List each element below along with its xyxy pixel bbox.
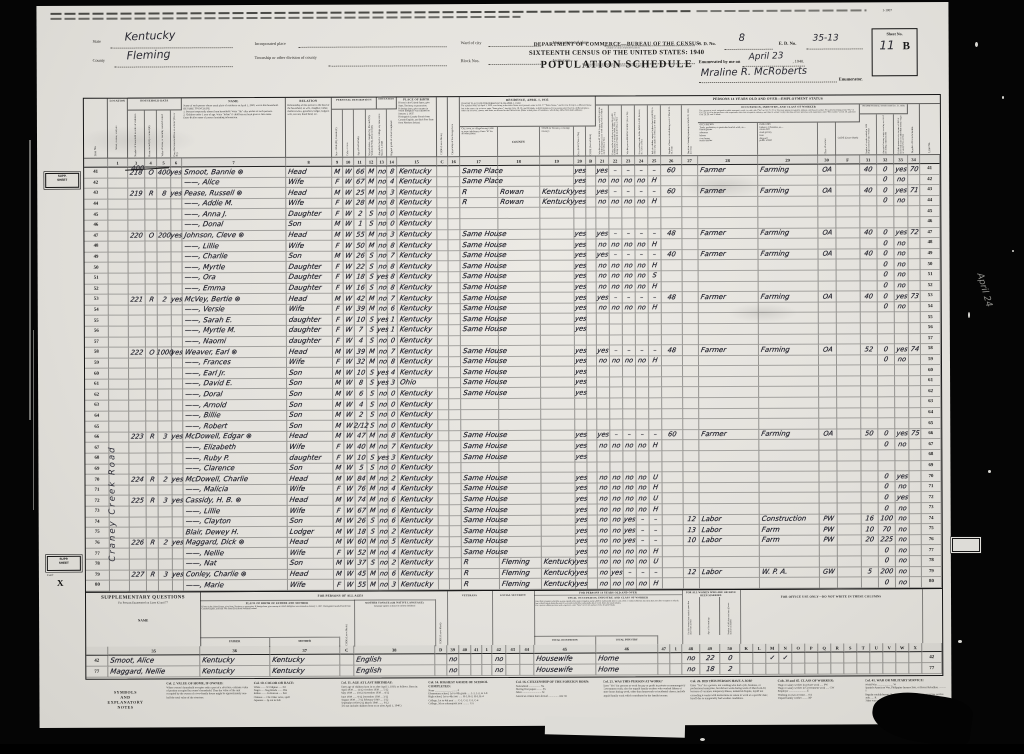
cell-mar: S (367, 400, 378, 411)
cell-occ (699, 303, 759, 314)
cell-res1: Same House (462, 516, 500, 527)
cell-cit (450, 548, 462, 559)
cell-name: McVey, Bertie ⊗ (183, 294, 287, 305)
cell-rel: Head (288, 537, 334, 548)
cell-code1 (437, 166, 448, 177)
cell-e4 (636, 398, 649, 409)
cell-grd: 4 (389, 484, 399, 495)
cell-bpl: Kentucky (397, 198, 437, 209)
cell-v3 (471, 665, 482, 676)
cell-res3: Kentucky (540, 197, 574, 208)
cell-code1 (439, 548, 450, 559)
cell-occ (699, 408, 759, 419)
form-code: 1-1007 (882, 8, 892, 12)
cell-race: W (344, 431, 355, 442)
cell-res3 (542, 536, 576, 547)
colnum-oW: W (896, 643, 909, 652)
cell-occ (699, 260, 759, 271)
cell-cit (449, 357, 461, 368)
cell-sch: no (377, 177, 387, 188)
cell-farm (173, 517, 184, 528)
cell-res1: Same House (462, 505, 500, 516)
cell-res4: yes (576, 558, 588, 569)
footnote-title: Col. 14. HIGHEST GRADE OF SCHOOL COMPLET… (428, 680, 510, 688)
cell-hrs (663, 557, 684, 568)
cell-sex: F (332, 177, 343, 188)
cell-oi: no (896, 577, 910, 588)
cell-oM: ✓ (766, 653, 779, 664)
cell-e1: no (598, 557, 611, 568)
cell-ln: 77 (86, 667, 108, 678)
cell-grd: 7 (388, 294, 398, 305)
footnote-block: Cols. 30 and 45. CLASS OF WORKER:Wage or… (778, 678, 860, 707)
cell-e2 (609, 208, 622, 219)
cell-hrs (663, 483, 684, 494)
cell-res3 (541, 325, 575, 336)
cell-e3: no (624, 483, 637, 494)
cell-res2 (499, 346, 541, 357)
cell-e5: H (648, 197, 661, 208)
cell-wks (861, 313, 878, 324)
cell-oi: no (895, 260, 909, 271)
cell-hrs (662, 441, 683, 452)
cell-race: W (343, 209, 354, 220)
cell-sex: F (333, 262, 344, 273)
cell-val (158, 284, 172, 295)
cell-farm (172, 443, 183, 454)
cell-own (147, 581, 159, 592)
cell-mar: S (367, 336, 378, 347)
cell-cit (450, 558, 462, 569)
cell-age: 10 (355, 315, 367, 326)
cell-wage: 0 (877, 196, 894, 207)
cell-rln: 75 (922, 524, 942, 535)
sheet-number: 11 (879, 38, 894, 52)
cell-occ (699, 398, 759, 409)
cell-wks (861, 440, 878, 451)
cell-res4: yes (575, 272, 587, 283)
cell-bpl: Kentucky (398, 420, 438, 431)
cell-e2: no (609, 176, 622, 187)
cell-cit (449, 272, 461, 283)
cell-val (159, 581, 173, 592)
cell-e5: – (648, 186, 661, 197)
cell-res2: Rowan (498, 187, 540, 198)
cell-sch: no (379, 580, 389, 591)
cell-cit (448, 177, 460, 188)
cell-sch: no (379, 495, 389, 506)
cell-res2: Fleming (500, 568, 542, 579)
colnum-rln (920, 155, 940, 164)
cell-ind (759, 355, 819, 366)
cell-hrs (663, 578, 684, 589)
cell-res4: yes (574, 187, 586, 198)
cell-rln: 53 (921, 291, 941, 302)
cell-rel: Wife (286, 241, 332, 252)
col-header-citizenship: Citizenship of the foreign born (448, 97, 460, 157)
cell-wks: 5 (862, 567, 879, 578)
cell-mar: M (367, 294, 378, 305)
cell-name: Smoot, Bannie ⊗ (182, 167, 286, 178)
col-header-personal-description: PERSONAL DESCRIPTION (332, 98, 377, 110)
cell-dur (683, 409, 699, 420)
cell-rln: 69 (921, 461, 941, 472)
cell-s1: no (492, 665, 506, 676)
cell-rln: 50 (921, 259, 941, 270)
cell-farm: yes (171, 231, 182, 242)
cell-rln: 70 (921, 471, 941, 482)
cell-cls: OA (819, 292, 837, 303)
cell-code3 (837, 440, 861, 451)
cell-code2 (587, 261, 597, 272)
cell-fsch (910, 524, 922, 535)
cell-c47 (658, 664, 670, 675)
cell-fsch (910, 482, 922, 493)
cell-farm (172, 400, 183, 411)
cell-farm: yes (171, 189, 182, 200)
cell-sex: F (334, 580, 345, 591)
cell-hrs (662, 388, 683, 399)
cell-hh (129, 305, 146, 316)
cell-cls (819, 461, 837, 472)
cell-wks: 16 (862, 514, 879, 525)
cell-cit (449, 251, 461, 262)
cell-bpl: Kentucky (399, 516, 439, 527)
cell-hrs (662, 313, 683, 324)
cell-age: 16 (355, 283, 367, 294)
cell-dur (683, 419, 699, 430)
cell-res1: Same House (461, 325, 499, 336)
cell-e3: – (623, 345, 636, 356)
cell-e1 (597, 367, 610, 378)
cell-ind (760, 557, 820, 568)
cell-code3 (836, 239, 860, 250)
colnum-cls: 30 (818, 156, 836, 165)
cell-hh (130, 528, 147, 539)
cell-name: ——, Frances (183, 358, 287, 369)
cell-ln: 67 (85, 443, 109, 454)
cell-code2 (588, 494, 598, 505)
cell-rel: Head (287, 474, 333, 485)
cell-race: W (344, 453, 355, 464)
cell-farm (173, 549, 184, 560)
cell-hh (130, 507, 147, 518)
col-header-location: LOCATION Street, avenue, road, etc. (108, 99, 128, 159)
cell-code2 (587, 430, 597, 441)
cell-res1 (461, 420, 499, 431)
cell-ind (760, 546, 820, 557)
cell-wage: 0 (879, 493, 896, 504)
cell-hrs: 60 (661, 165, 682, 176)
colnum-cit: 16 (448, 157, 460, 166)
cell-cit (449, 336, 461, 347)
ed-label: E. D. No. (779, 41, 797, 46)
cell-farm: yes (172, 432, 183, 443)
cell-res1: R (462, 569, 500, 580)
cell-res4: yes (574, 197, 586, 208)
cell-res3 (542, 547, 576, 558)
cell-val (158, 316, 172, 327)
cell-oi: no (894, 238, 908, 249)
cell-hrs (661, 176, 682, 187)
cell-dur (683, 356, 699, 367)
cell-ind (759, 408, 819, 419)
colnum-v1: 39 (447, 645, 459, 654)
cell-cls (818, 175, 836, 186)
cell-e3: yes (624, 536, 637, 547)
cell-cls (819, 376, 837, 387)
cell-oR (831, 652, 844, 663)
cell-age: 22 (355, 262, 367, 273)
cell-res4 (575, 462, 587, 473)
cell-res2 (499, 356, 541, 367)
cell-e1 (597, 409, 610, 420)
cell-hh (128, 178, 145, 189)
cell-own: R (146, 432, 158, 443)
cell-fsch (908, 249, 920, 260)
enumeration-year: , 1940. (793, 59, 805, 64)
cell-wks: 40 (860, 228, 877, 239)
colnum-race: 10 (343, 158, 354, 167)
cell-dur (683, 366, 699, 377)
cell-oS (844, 652, 857, 663)
cell-oV (883, 663, 896, 674)
cell-cls: GW (820, 567, 838, 578)
footnote-title: Col. 10. COLOR OR RACE: (254, 681, 336, 685)
cell-res4: yes (574, 240, 586, 251)
cell-fsch (909, 323, 921, 334)
cell-hrs (661, 197, 682, 208)
cell-wks (861, 366, 878, 377)
cell-wage: 0 (877, 238, 894, 249)
cell-age: 60 (356, 537, 368, 548)
cell-cls (818, 239, 836, 250)
cell-farm: yes (171, 167, 182, 178)
cell-sex: M (332, 188, 343, 199)
cell-oU (870, 652, 883, 663)
cell-e3 (622, 218, 635, 229)
cell-code3 (837, 313, 861, 324)
cell-ln: 48 (84, 242, 108, 253)
cell-name: Smoot, Alice (108, 655, 200, 666)
cell-race: W (344, 283, 355, 294)
cell-e4 (636, 335, 649, 346)
cell-farm (172, 390, 183, 401)
cell-res4 (574, 219, 586, 230)
cell-wks: 10 (862, 525, 879, 536)
cell-ln: 62 (85, 390, 109, 401)
cell-e1: no (598, 483, 611, 494)
cell-ind (759, 387, 819, 398)
cell-val (158, 453, 172, 464)
cell-own: R (147, 570, 159, 581)
cell-e4: no (637, 504, 650, 515)
cell-ind (758, 207, 818, 218)
cell-dur (683, 430, 699, 441)
cell-e3: – (622, 229, 635, 240)
enumeration-date: April 23 (748, 51, 783, 62)
cell-e3: yes (624, 515, 637, 526)
cell-occ (698, 218, 758, 229)
cell-hrs (663, 536, 684, 547)
cell-grd: 6 (389, 495, 399, 506)
cell-e5: H (649, 441, 662, 452)
cell-age: 1 (354, 220, 366, 231)
cell-code1 (439, 537, 450, 548)
cell-e5: H (650, 504, 663, 515)
cell-v1: no (447, 654, 459, 665)
cell-name: ——, Donal (182, 220, 286, 231)
cell-sch: no (378, 251, 388, 262)
cell-val: 2 (159, 538, 173, 549)
cell-code1 (438, 452, 449, 463)
cell-cls (819, 419, 837, 430)
cell-e1: yes (597, 250, 610, 261)
cell-race: W (345, 559, 356, 570)
colnum-val: 5 (157, 158, 171, 167)
cell-code2 (587, 335, 597, 346)
cell-e5 (649, 388, 662, 399)
cell-rel: Son (288, 516, 334, 527)
cell-cit (450, 569, 462, 580)
cell-bpl: Kentucky (399, 537, 439, 548)
cell-dur (683, 324, 699, 335)
cell-res4: yes (575, 250, 587, 261)
cell-ind (759, 302, 819, 313)
cell-fsch (910, 493, 922, 504)
cell-e5: H (650, 547, 663, 558)
supp-sheet-stamp-right (952, 538, 980, 552)
cell-vc (482, 665, 492, 676)
cell-rln: 49 (920, 249, 940, 260)
cell-occ (698, 197, 758, 208)
cell-val: 2 (158, 295, 172, 306)
cell-rln: 55 (921, 312, 941, 323)
supplementary-header: SUPPLEMENTARY QUESTIONS For Persons Enum… (86, 589, 942, 647)
cell-cit (448, 219, 460, 230)
cell-cit (449, 420, 461, 431)
cell-fsch (909, 387, 921, 398)
cell-hh: 224 (129, 475, 146, 486)
cell-e3 (623, 462, 636, 473)
cell-oi: no (894, 175, 908, 186)
cell-oi (895, 408, 909, 419)
cell-race: W (345, 516, 356, 527)
cell-own (145, 199, 157, 210)
cell-e5 (649, 398, 662, 409)
cell-own (146, 252, 158, 263)
cell-e2: no (610, 271, 623, 282)
cell-ind (758, 196, 818, 207)
cell-ind (759, 376, 819, 387)
cell-race: W (345, 569, 356, 580)
cell-occ: Labor (700, 536, 760, 547)
cell-grd: 0 (388, 421, 398, 432)
cell-age: 76 (356, 484, 368, 495)
cell-res1: Same House (462, 547, 500, 558)
cell-oi: yes (894, 185, 908, 196)
cell-res3 (541, 367, 575, 378)
cell-sch: no (378, 421, 388, 432)
cell-ind: Farming (758, 186, 818, 197)
cell-e2: – (610, 430, 623, 441)
cell-e1: no (598, 494, 611, 505)
cell-sch: no (377, 219, 387, 230)
cell-own (146, 358, 158, 369)
cell-bpl: Kentucky (398, 357, 438, 368)
cell-cls (819, 366, 837, 377)
cell-res1 (460, 208, 498, 219)
cell-wks (862, 577, 879, 588)
cell-name: McDowell, Edgar ⊗ (183, 432, 287, 443)
cell-code2 (588, 558, 598, 569)
cell-code3 (838, 535, 862, 546)
household-subheaders: Number of household in order of visitati… (128, 110, 182, 158)
cell-code2 (587, 314, 597, 325)
cell-res2 (499, 431, 541, 442)
cell-sch: no (379, 569, 389, 580)
cell-race: W (344, 262, 355, 273)
cell-name: ——, Doral (183, 389, 287, 400)
cell-hrs (662, 398, 683, 409)
cell-sch: no (378, 474, 388, 485)
cell-mar: S (366, 209, 377, 220)
colnum-oS: S (844, 643, 857, 652)
supp-office-use-box: FOR OFFICE USE ONLY—DO NOT WRITE IN THES… (740, 589, 923, 644)
cell-hrs: 48 (662, 345, 683, 356)
cell-res4: yes (575, 303, 587, 314)
cell-e3 (623, 377, 636, 388)
cell-mar: S (367, 389, 378, 400)
cell-code1 (439, 569, 450, 580)
cell-wage: 70 (879, 524, 896, 535)
cell-wks: 40 (860, 186, 877, 197)
cell-ind (759, 260, 819, 271)
cell-sex: F (332, 241, 343, 252)
cell-occ (700, 557, 760, 568)
film-black-blob (869, 687, 975, 748)
footnote-body: Where owner's household occupies only a … (166, 686, 248, 699)
cell-e1 (597, 399, 610, 410)
cell-oL (753, 664, 766, 675)
cell-code1 (437, 240, 448, 251)
cell-cls (819, 260, 837, 271)
cell-hh (130, 559, 147, 570)
cell-e3: – (623, 430, 636, 441)
cell-e2: no (611, 515, 624, 526)
cell-sex: F (333, 336, 344, 347)
cell-e2: no (609, 197, 622, 208)
colnum-s1: 42 (492, 645, 506, 654)
cell-wks (862, 546, 879, 557)
cell-age: 2/12 (355, 421, 367, 432)
cell-code2 (587, 293, 597, 304)
cell-ind: Farm (760, 525, 820, 536)
cell-occ: Labor (700, 567, 760, 578)
cell-own (147, 485, 159, 496)
colnum-father: 36 (200, 646, 270, 655)
cell-dur (683, 462, 699, 473)
cell-sex: F (333, 283, 344, 294)
colnum-oP: P (805, 644, 818, 653)
cell-val (159, 517, 173, 528)
cell-mar: M (368, 484, 379, 495)
cell-name: ——, Myrtle M. (183, 326, 287, 337)
cell-farm (172, 422, 183, 433)
cell-hh (130, 581, 147, 592)
colnum-mother: 37 (270, 646, 340, 655)
cell-ln: 64 (85, 411, 109, 422)
